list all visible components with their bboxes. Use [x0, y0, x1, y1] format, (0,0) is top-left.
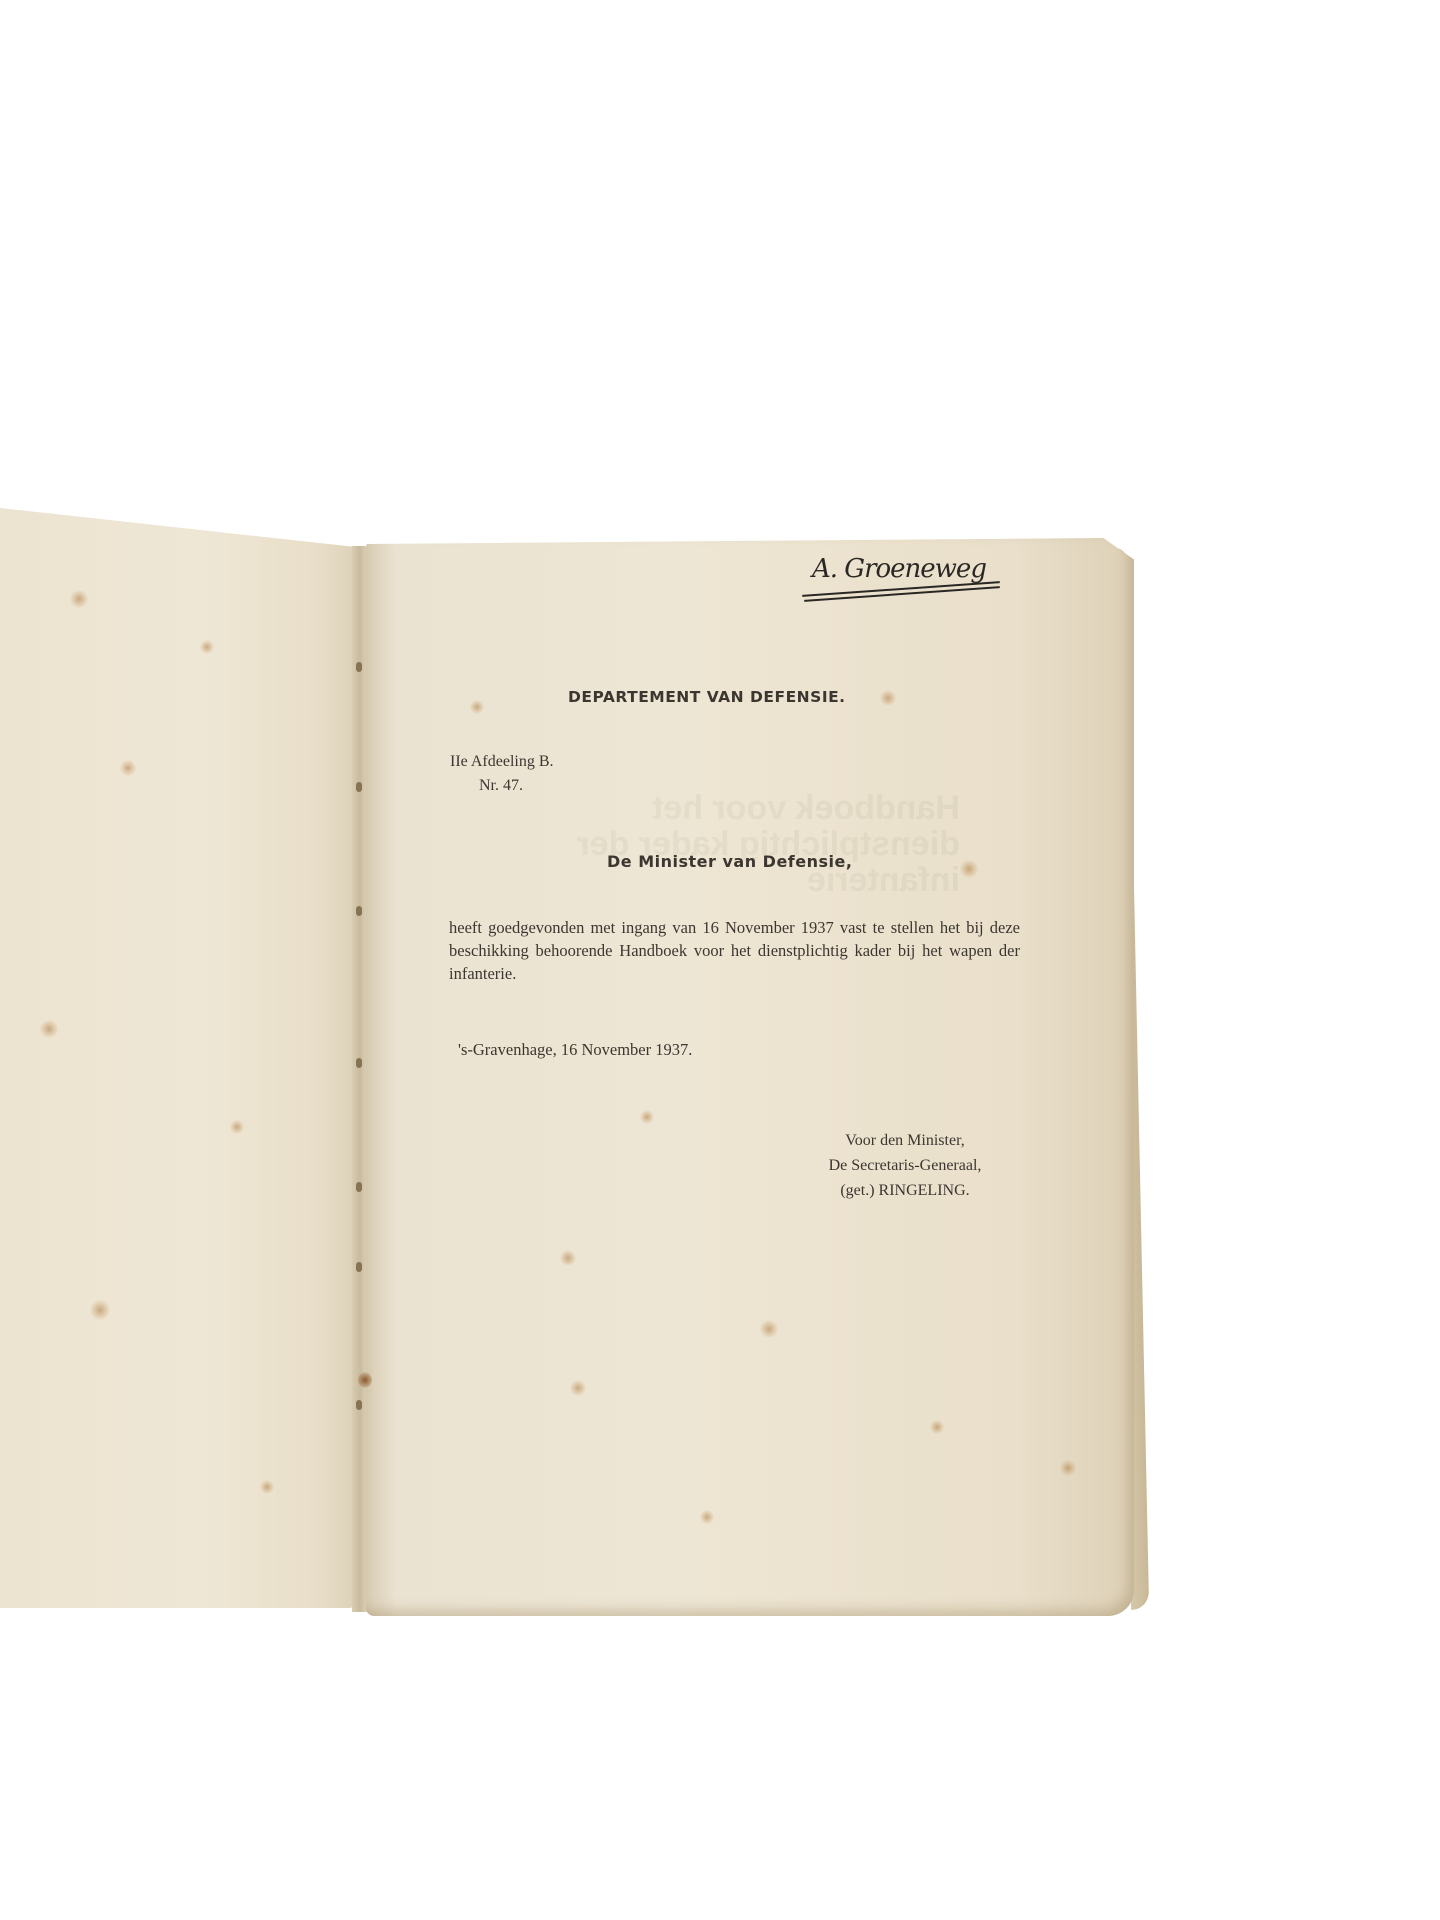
stitch-hole [356, 1262, 362, 1272]
foxing-spot [560, 1250, 576, 1266]
foxing-spot [640, 1110, 654, 1124]
foxing-spot [120, 760, 136, 776]
stitch-hole [356, 1400, 362, 1410]
signature-line-2: De Secretaris-Generaal, [790, 1153, 1020, 1178]
open-booklet: Handboek voor het dienstplichtig kader d… [0, 0, 1440, 1920]
signature-line-3: (get.) RINGELING. [790, 1178, 1020, 1203]
foxing-spot [760, 1320, 778, 1338]
book-spine [352, 546, 368, 1612]
page-header: DEPARTEMENT VAN DEFENSIE. [568, 688, 846, 706]
stitch-hole [356, 782, 362, 792]
place-date: 's-Gravenhage, 16 November 1937. [458, 1040, 692, 1060]
number-line: Nr. 47. [479, 777, 523, 795]
signature-block: Voor den Minister, De Secretaris-Generaa… [790, 1128, 1020, 1203]
foxing-spot [70, 590, 88, 608]
rust-stain [358, 1372, 372, 1388]
foxing-spot [200, 640, 214, 654]
foxing-spot [260, 1480, 274, 1494]
stitch-hole [356, 1182, 362, 1192]
handwritten-signature: A. Groeneweg [800, 552, 1010, 604]
foxing-spot [90, 1300, 110, 1320]
foxing-spot [1060, 1460, 1076, 1476]
foxing-spot [470, 700, 484, 714]
foxing-spot [880, 690, 896, 706]
minister-heading: De Minister van Defensie, [607, 852, 852, 871]
stitch-hole [356, 662, 362, 672]
foxing-spot [40, 1020, 58, 1038]
show-through-text: Handboek voor het dienstplichtig kader d… [540, 790, 960, 898]
decree-body: heeft goedgevonden met ingang van 16 Nov… [449, 916, 1020, 985]
stitch-hole [356, 1058, 362, 1068]
department-line: IIe Afdeeling B. [450, 753, 554, 771]
signature-line-1: Voor den Minister, [790, 1128, 1020, 1153]
stitch-hole [356, 906, 362, 916]
foxing-spot [700, 1510, 714, 1524]
foxing-spot [570, 1380, 586, 1396]
foxing-spot [930, 1420, 944, 1434]
foxing-spot [230, 1120, 244, 1134]
left-page [0, 508, 365, 1608]
foxing-spot [960, 860, 978, 878]
